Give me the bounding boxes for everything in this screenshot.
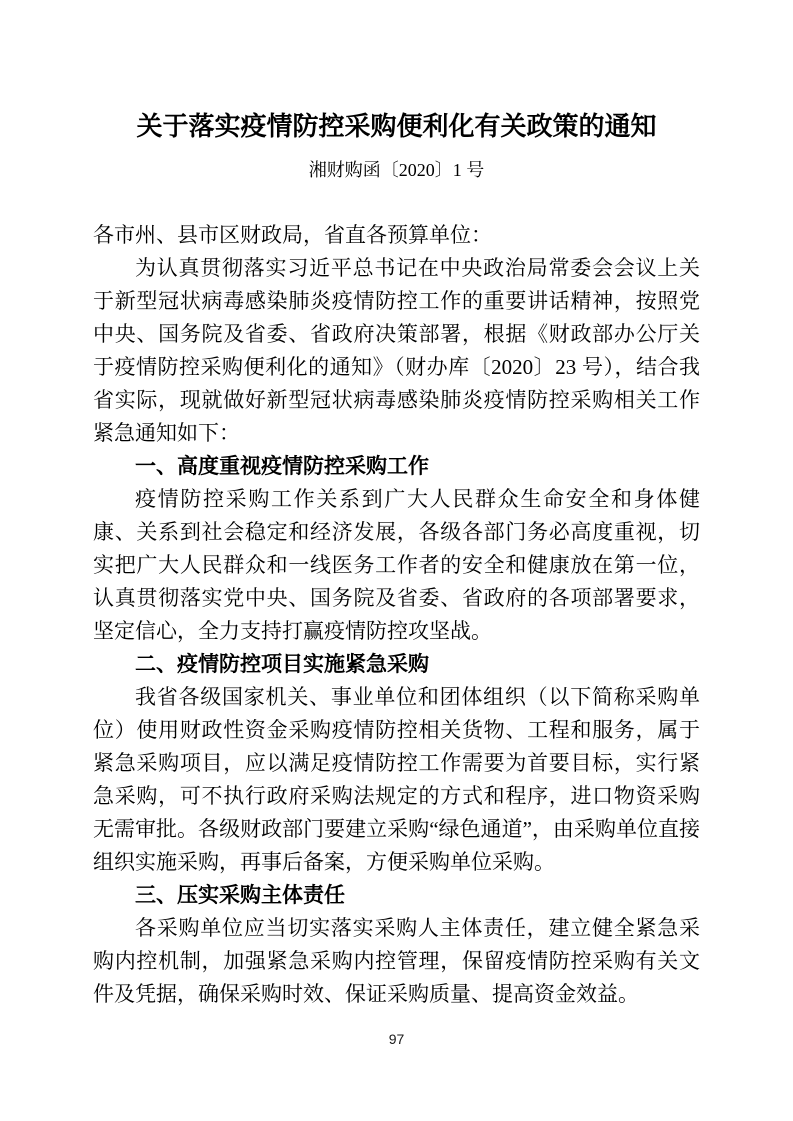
section-1-heading: 一、高度重视疫情防控采购工作 (93, 450, 700, 483)
document-page: 关于落实疫情防控采购便利化有关政策的通知 湘财购函〔2020〕1 号 各市州、县… (0, 0, 793, 1121)
section-1-body: 疫情防控采购工作关系到广大人民群众生命安全和身体健康、关系到社会稳定和经济发展，… (93, 483, 700, 648)
section-2-heading: 二、疫情防控项目实施紧急采购 (93, 648, 700, 681)
section-3-heading: 三、压实采购主体责任 (93, 879, 700, 912)
intro-paragraph: 为认真贯彻落实习近平总书记在中央政治局常委会会议上关于新型冠状病毒感染肺炎疫情防… (93, 252, 700, 450)
section-3-body: 各采购单位应当切实落实采购人主体责任，建立健全紧急采购内控机制，加强紧急采购内控… (93, 912, 700, 1011)
document-title: 关于落实疫情防控采购便利化有关政策的通知 (0, 110, 793, 144)
document-number: 湘财购函〔2020〕1 号 (0, 157, 793, 183)
page-number: 97 (0, 1031, 793, 1047)
document-body: 各市州、县市区财政局，省直各预算单位： 为认真贯彻落实习近平总书记在中央政治局常… (93, 219, 700, 1011)
salutation-line: 各市州、县市区财政局，省直各预算单位： (93, 219, 700, 252)
section-2-body: 我省各级国家机关、事业单位和团体组织（以下简称采购单位）使用财政性资金采购疫情防… (93, 681, 700, 879)
